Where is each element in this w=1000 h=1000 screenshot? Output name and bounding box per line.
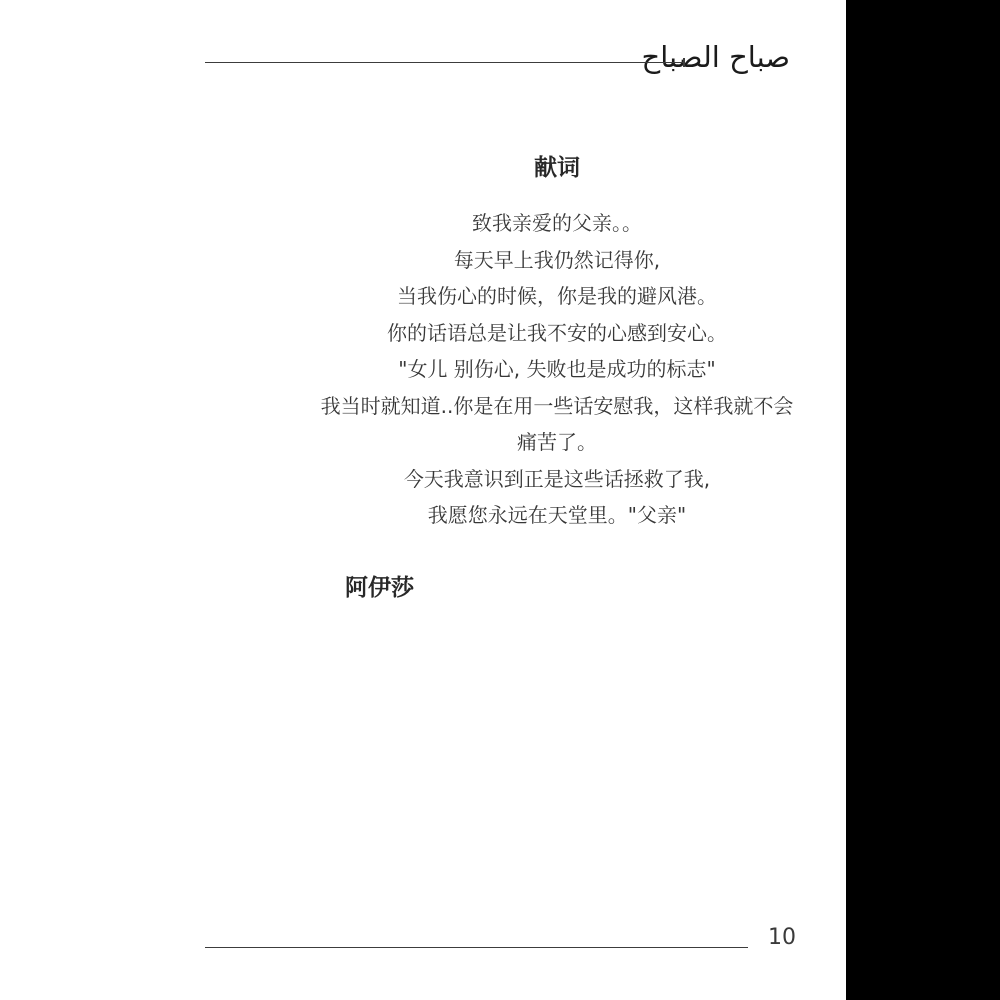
dedication-signature: 阿伊莎 xyxy=(345,569,414,602)
page-number: 10 xyxy=(768,925,796,950)
dedication-line: 痛苦了。 xyxy=(207,424,907,461)
dedication-title: 献词 xyxy=(207,149,907,182)
dedication-body: 致我亲爱的父亲。。 每天早上我仍然记得你, 当我伤心的时候，你是我的避风港。 你… xyxy=(207,205,907,534)
dedication-line: 当我伤心的时候，你是我的避风港。 xyxy=(207,278,907,315)
dedication-line: 今天我意识到正是这些话拯救了我, xyxy=(207,461,907,498)
dedication-line: 我当时就知道..你是在用一些话安慰我，这样我就不会 xyxy=(207,388,907,425)
running-head-arabic: صباح الصباح xyxy=(642,40,791,74)
book-page: صباح الصباح 献词 致我亲爱的父亲。。 每天早上我仍然记得你, 当我伤… xyxy=(0,0,1000,1000)
footer-rule xyxy=(205,947,748,948)
header-rule xyxy=(205,62,684,63)
dedication-line: 致我亲爱的父亲。。 xyxy=(207,205,907,242)
dedication-line: "女儿 别伤心, 失败也是成功的标志" xyxy=(207,351,907,388)
header-rule-end-tick xyxy=(683,58,685,67)
dedication-line: 你的话语总是让我不安的心感到安心。 xyxy=(207,315,907,352)
dedication-line: 我愿您永远在天堂里。"父亲" xyxy=(207,497,907,534)
dedication-line: 每天早上我仍然记得你, xyxy=(207,242,907,279)
